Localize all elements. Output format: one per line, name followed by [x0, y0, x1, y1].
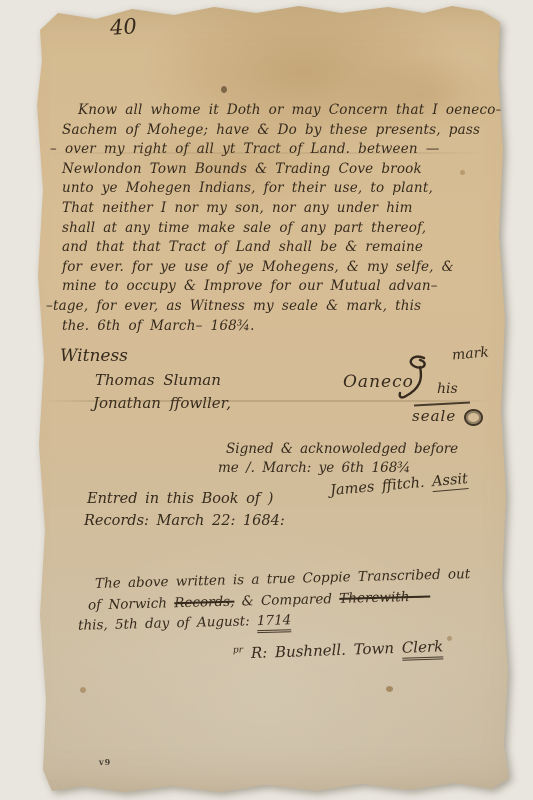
seal-label: seale	[412, 407, 483, 426]
justice-title: Assit	[431, 471, 468, 492]
deed-line: for ever. for ye use of ye Mohegens, & m…	[62, 258, 474, 278]
witness-name: Jonathan ffowller,	[93, 394, 231, 412]
clerk-name: R: Bushnell. Town	[243, 639, 402, 663]
witness-heading: Witness	[60, 346, 128, 366]
stain-spot	[386, 686, 393, 692]
seal-word: seale	[412, 407, 456, 425]
copy-note-segment: of Norwich	[88, 595, 175, 613]
copy-note-struck-word: Records,	[174, 594, 235, 612]
copy-note-segment: & Compared	[234, 591, 339, 610]
acknowledgement-line: Signed & acknowoledged before	[226, 441, 458, 457]
entry-line: Records: March 22: 1684:	[84, 513, 285, 529]
justice-name: James ffitch.	[330, 475, 426, 499]
his-label: his	[437, 381, 458, 397]
seal-icon	[464, 409, 483, 426]
photo-background: 40 Know all whome it Doth or may Concern…	[0, 0, 533, 800]
stain-spot	[80, 687, 86, 693]
deed-line: Sachem of Mohege; have & Do by these pre…	[62, 121, 474, 141]
paper-shadow-wrap: 40 Know all whome it Doth or may Concern…	[0, 0, 533, 800]
deed-line: That neither I nor my son, nor any under…	[62, 199, 474, 219]
clerk-signature: pr R: Bushnell. Town Clerk	[233, 637, 444, 662]
copy-note-struck-word: Therewith —	[339, 589, 430, 607]
deed-line: unto ye Mohegen Indians, for their use, …	[62, 179, 474, 199]
footer-mark: v9	[99, 757, 111, 767]
entry-line: Entred in this Book of )	[87, 491, 273, 507]
clerk-title: Clerk	[401, 637, 443, 660]
deed-line: the. 6th of March– 168¾.	[62, 317, 474, 337]
copy-note-segment: this, 5th day of August:	[78, 613, 257, 634]
deed-line: –tage, for ever, as Witness my seale & m…	[62, 297, 474, 317]
copy-note-line: of Norwich Records, & Compared Therewith…	[88, 589, 431, 614]
stain-spot	[460, 170, 465, 175]
deed-body: Know all whome it Doth or may Concern th…	[62, 101, 474, 336]
witness-name: Thomas Sluman	[95, 371, 221, 389]
clerk-prefix: pr	[233, 645, 243, 655]
deed-line: Know all whome it Doth or may Concern th…	[62, 101, 474, 121]
mark-label: mark	[451, 344, 489, 363]
deed-line: shall at any time make sale of any part …	[62, 219, 474, 239]
deed-line: and that that Tract of Land shall be & r…	[62, 238, 474, 258]
manuscript-page: 40 Know all whome it Doth or may Concern…	[0, 0, 533, 800]
stain-spot	[447, 636, 452, 641]
owaneco-mark-icon	[398, 354, 432, 404]
ink-blot	[221, 86, 227, 93]
deed-line: mine to occupy & Improve for our Mutual …	[62, 277, 474, 297]
acknowledgement-line: me /. March: ye 6th 168¾	[218, 460, 410, 476]
fold-crease	[42, 400, 492, 402]
page-number: 40	[109, 14, 137, 40]
copy-note-year: 1714	[257, 612, 292, 633]
deed-line: – over my right of all yt Tract of Land.…	[62, 140, 474, 160]
deed-line: Newlondon Town Bounds & Trading Cove bro…	[62, 160, 474, 180]
fold-crease	[46, 152, 486, 154]
copy-note-line: this, 5th day of August: 1714	[78, 612, 292, 634]
